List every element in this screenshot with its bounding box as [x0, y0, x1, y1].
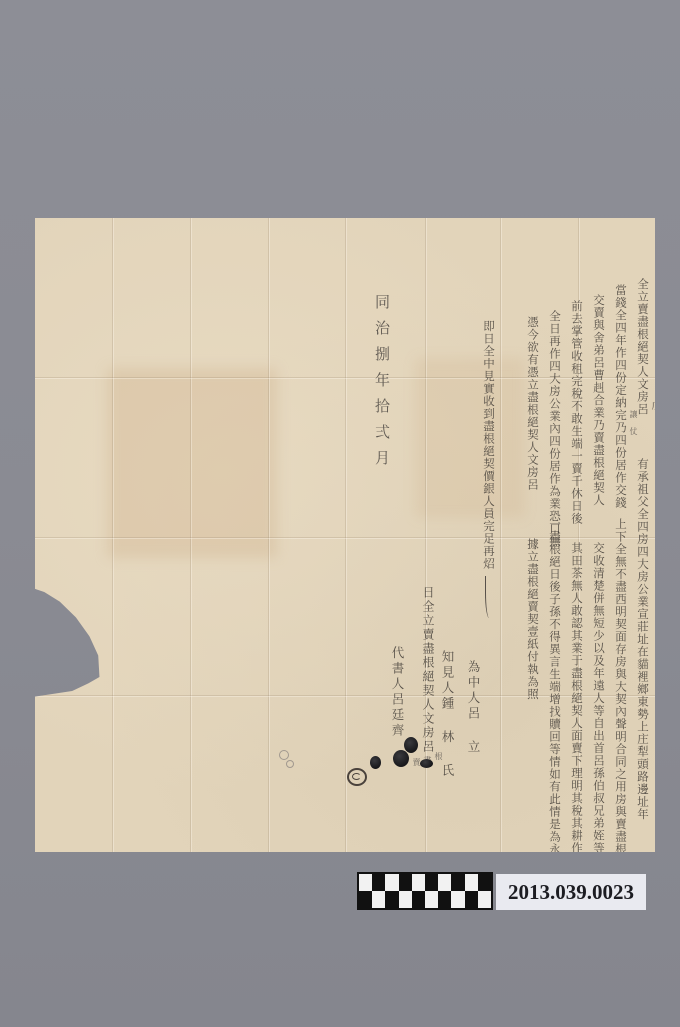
text-column: 當錢全四年作四份定納完乃四份居作交錢 [614, 284, 628, 509]
text-column-lower: 其田茶無人敢認其業于盡根絕契人面賣下理明其稅其耕作交收無異 [570, 542, 584, 905]
scale-cell [478, 874, 491, 891]
paper-stain [107, 368, 277, 558]
scribe-swirl-mark [347, 768, 367, 786]
archival-photo: 同治捌年拾弍月 全立賣盡根絕契人文房呂 當錢全四年作四份定納完乃四份居作交錢 交… [0, 0, 680, 1027]
historical-deed-paper: 同治捌年拾弍月 全立賣盡根絕契人文房呂 當錢全四年作四份定納完乃四份居作交錢 交… [35, 218, 655, 852]
top-mark: 戊 [647, 400, 661, 411]
fold-line-vertical [190, 218, 191, 852]
scale-cell [412, 891, 425, 908]
text-column: 前去掌管收租完稅不敢生端一賣千休日後 [570, 300, 584, 525]
fold-line-horizontal [35, 695, 655, 696]
seller-signature-line: 日全立賣盡根絕契人文房呂 [420, 586, 435, 754]
scale-cell [425, 891, 438, 908]
fold-line-vertical [268, 218, 269, 852]
ink-thumbprint [404, 737, 418, 753]
scale-cell [399, 874, 412, 891]
fold-line-horizontal [35, 377, 655, 378]
fold-line-vertical [345, 218, 346, 852]
ink-thumbprint [420, 759, 433, 768]
reference-scale-bar [357, 872, 493, 910]
fold-line-vertical [500, 218, 501, 852]
scale-cell [372, 874, 385, 891]
accession-number-label: 2013.039.0023 [496, 874, 646, 910]
scale-cell [478, 891, 491, 908]
scale-cell [438, 874, 451, 891]
scale-cell [451, 874, 464, 891]
scale-cell [465, 891, 478, 908]
ink-thumbprint [370, 756, 381, 769]
text-column-lower: 據立盡根絕賣契壹紙付執為照 [526, 538, 540, 701]
scale-cell [451, 891, 464, 908]
scale-cell [359, 874, 372, 891]
text-column: 憑今欲有憑立盡根絕契人文房呂 [526, 316, 540, 491]
scale-cell [385, 891, 398, 908]
fold-line-horizontal [35, 537, 655, 538]
faint-ink-smudge [286, 760, 294, 768]
mark-label: 根 [434, 752, 443, 760]
brush-tail-stroke [485, 576, 492, 618]
scale-cell [412, 874, 425, 891]
text-column: 全立賣盡根絕契人文房呂 [636, 278, 650, 416]
receipt-column: 即日全中見實收到盡根絕契價銀人員完足再炤 [482, 320, 496, 570]
swirl-inner [352, 773, 361, 780]
paper-stain [415, 358, 525, 518]
fold-line-vertical [112, 218, 113, 852]
date-column: 同治捌年拾弍月 [373, 294, 391, 476]
text-column-lower: 上下全無不盡西明契面存房與大契內聲明合同之用房與賣盡根絕今書中引就 [614, 518, 628, 931]
faint-ink-smudge [279, 750, 289, 760]
scale-cell [465, 874, 478, 891]
text-column-lower: 交收清楚併無短少以及年遠人等自出首呂孫伯叔兄弟姪等人所爭執人 [592, 542, 606, 917]
text-column-lower: 有承祖父全四房四大房公業宣莊址在貓裡鄉東勢上庄犁頭路邊址年 [636, 458, 650, 821]
ink-thumbprint [393, 750, 409, 767]
text-column: 全日再作四大房公業內四份居作為業恐口無 [548, 310, 562, 548]
text-column-lower: 一盡根絕日後子孫不得異言生端增找贖回等情如有此情是為永遠自出頭 [548, 518, 562, 906]
scribe-line: 代書人呂廷齊 [390, 646, 405, 739]
scale-cell [438, 891, 451, 908]
scale-cell [399, 891, 412, 908]
middleman-line: 為中人呂 立 [466, 660, 481, 756]
scale-cell [359, 891, 372, 908]
text-column: 交賣與舍弟呂曹赳合業乃賣盡根絕契人 [592, 294, 606, 507]
scale-cell [385, 874, 398, 891]
scale-cell [425, 874, 438, 891]
scale-cell [372, 891, 385, 908]
side-note: 讓 仗 [629, 410, 638, 435]
